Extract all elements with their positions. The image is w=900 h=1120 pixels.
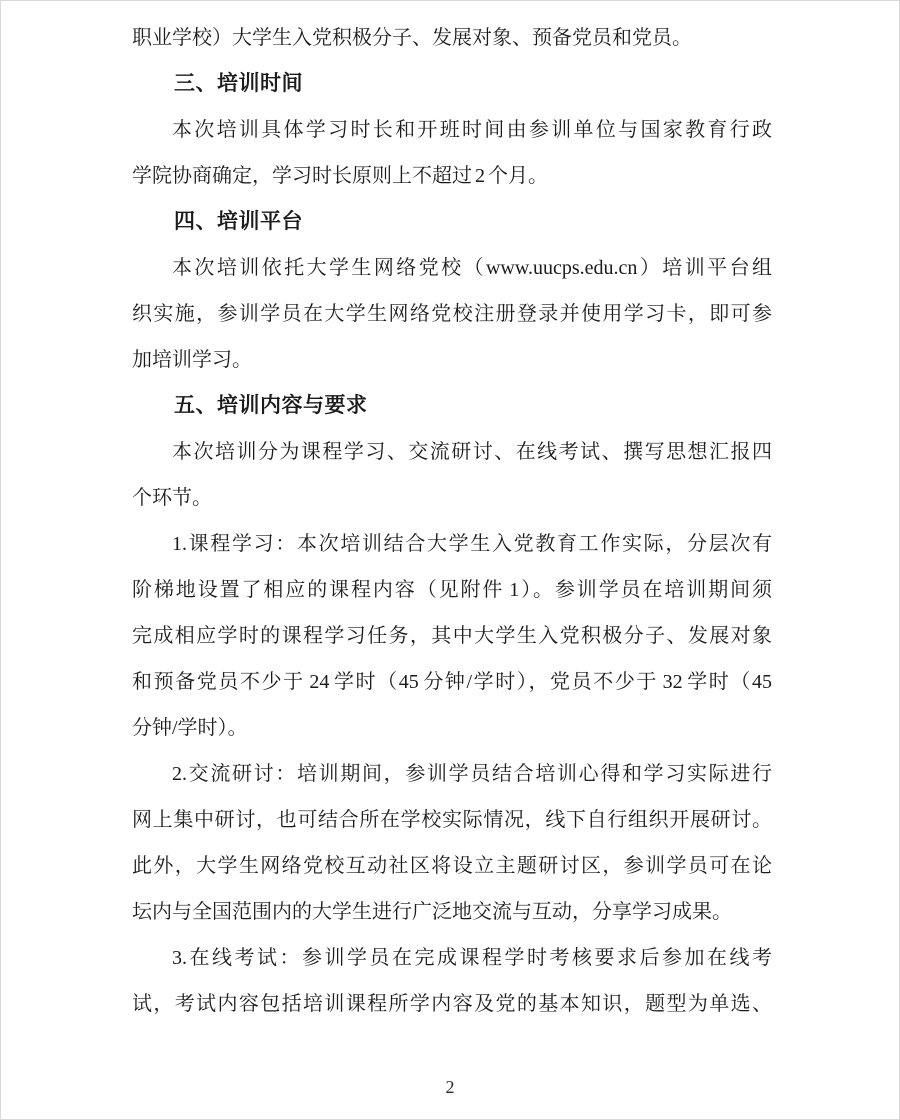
document-line: 试，考试内容包括培训课程所学内容及党的基本知识，题型为单选、 <box>132 981 772 1027</box>
paragraph: 2.交流研讨：培训期间，参训学员结合培训心得和学习实际进行网上集中研讨，也可结合… <box>132 751 772 935</box>
document-line: 坛内与全国范围内的大学生进行广泛地交流与互动，分享学习成果。 <box>132 889 772 935</box>
document-line: 完成相应学时的课程学习任务，其中大学生入党积极分子、发展对象 <box>132 613 772 659</box>
document-line: 五、培训内容与要求 <box>132 383 772 429</box>
document-line: 3.在线考试：参训学员在完成课程学时考核要求后参加在线考 <box>132 935 772 981</box>
document-line: 职业学校）大学生入党积极分子、发展对象、预备党员和党员。 <box>132 15 772 61</box>
document-line: 网上集中研讨，也可结合所在学校实际情况，线下自行组织开展研讨。 <box>132 797 772 843</box>
page-number: 2 <box>1 1075 899 1099</box>
document-line: 1.课程学习：本次培训结合大学生入党教育工作实际，分层次有 <box>132 521 772 567</box>
document-line: 分钟/学时）。 <box>132 705 772 751</box>
document-line: 三、培训时间 <box>132 61 772 107</box>
document-line: 阶梯地设置了相应的课程内容（见附件 1）。参训学员在培训期间须 <box>132 567 772 613</box>
document-line: 本次培训依托大学生网络党校（www.uucps.edu.cn）培训平台组 <box>132 245 772 291</box>
paragraph: 1.课程学习：本次培训结合大学生入党教育工作实际，分层次有阶梯地设置了相应的课程… <box>132 521 772 751</box>
paragraph: 3.在线考试：参训学员在完成课程学时考核要求后参加在线考试，考试内容包括培训课程… <box>132 935 772 1027</box>
document-line: 学院协商确定，学习时长原则上不超过 2 个月。 <box>132 153 772 199</box>
paragraph: 本次培训分为课程学习、交流研讨、在线考试、撰写思想汇报四个环节。 <box>132 429 772 521</box>
document-line: 本次培训具体学习时长和开班时间由参训单位与国家教育行政 <box>132 107 772 153</box>
paragraph: 本次培训具体学习时长和开班时间由参训单位与国家教育行政学院协商确定，学习时长原则… <box>132 107 772 199</box>
document-page: 职业学校）大学生入党积极分子、发展对象、预备党员和党员。三、培训时间本次培训具体… <box>0 0 900 1120</box>
document-line: 加培训学习。 <box>132 337 772 383</box>
document-line: 四、培训平台 <box>132 199 772 245</box>
document-content: 职业学校）大学生入党积极分子、发展对象、预备党员和党员。三、培训时间本次培训具体… <box>132 15 772 1027</box>
document-line: 2.交流研讨：培训期间，参训学员结合培训心得和学习实际进行 <box>132 751 772 797</box>
document-line: 此外，大学生网络党校互动社区将设立主题研讨区，参训学员可在论 <box>132 843 772 889</box>
paragraph: 本次培训依托大学生网络党校（www.uucps.edu.cn）培训平台组织实施，… <box>132 245 772 383</box>
section-heading: 五、培训内容与要求 <box>132 383 772 429</box>
section-heading: 四、培训平台 <box>132 199 772 245</box>
document-line: 个环节。 <box>132 475 772 521</box>
section-heading: 三、培训时间 <box>132 61 772 107</box>
document-line: 本次培训分为课程学习、交流研讨、在线考试、撰写思想汇报四 <box>132 429 772 475</box>
document-line: 织实施，参训学员在大学生网络党校注册登录并使用学习卡，即可参 <box>132 291 772 337</box>
paragraph: 职业学校）大学生入党积极分子、发展对象、预备党员和党员。 <box>132 15 772 61</box>
document-line: 和预备党员不少于 24 学时（45 分钟/学时），党员不少于 32 学时（45 <box>132 659 772 705</box>
